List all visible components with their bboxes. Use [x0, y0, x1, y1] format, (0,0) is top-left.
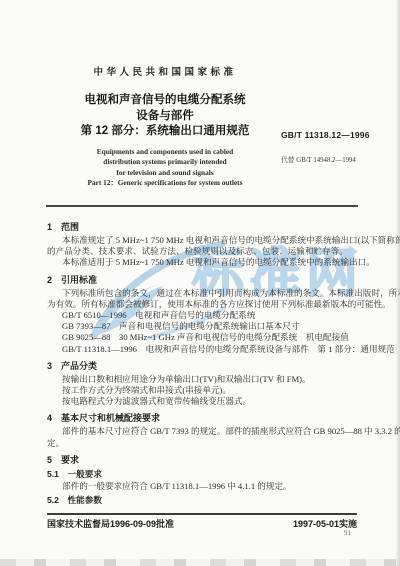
page-number: 91 — [344, 529, 351, 537]
document-page: 标准网 中华人民共和国国家标准 电视和声音信号的电缆分配系统 设备与部件 第 1… — [0, 0, 400, 566]
referenced-standard: GB 9025—88 30 MHz~1 GHz 声音和电视信号的电缆分配系统 机… — [47, 332, 359, 343]
section-5-1-text: 部件的一般要求应符合 GB/T 11318.1—1996 中 4.1.1 的规定… — [47, 481, 359, 492]
scan-bottom-edge — [0, 559, 400, 566]
section-3-item: 按输出口数和相应用途分为单输出口(TV)和双输出口(TV 和 FM)。 — [47, 374, 359, 385]
english-title-line-3: for television and sound signals — [0, 168, 330, 178]
section-3-item: 按电路程式分为滤波器式和宽带传输线变压器式。 — [47, 396, 359, 407]
section-2-heading: 2 引用标准 — [47, 274, 359, 286]
section-1-text: 的产品分类、技术要求、试验方法、检验规则以及标志、包装、运输和贮存等。 — [47, 246, 359, 257]
header-divider — [46, 205, 358, 207]
title-line-1: 电视和声音信号的电缆分配系统 — [0, 93, 330, 109]
document-body: 1 范围 本标准规定了 5 MHz~1 750 MHz 电视和声音信号的电缆分配… — [47, 221, 359, 507]
standard-number: GB/T 11318.12—1996 — [281, 130, 370, 140]
section-5-heading: 5 要求 — [47, 454, 359, 466]
approval-note: 国家技术监督局1996-09-09批准 — [47, 517, 174, 530]
section-5-2-heading: 5.2 性能参数 — [47, 494, 359, 506]
section-3-heading: 3 产品分类 — [47, 360, 359, 372]
section-2-text: 为有效。所有标准都会被修订，使用本标准的各方应探讨使用下列标准最新版本的可能性。 — [47, 299, 359, 310]
section-3-item: 按工作方式分为终端式和串接式(串接单元)。 — [47, 385, 359, 396]
title-line-2: 设备与部件 — [0, 109, 330, 125]
section-4-text: 部件的基本尺寸应符合 GB/T 7393 的规定。部件的插座形式应符合 GB 9… — [47, 426, 359, 437]
document-content: 中华人民共和国国家标准 电视和声音信号的电缆分配系统 设备与部件 第 12 部分… — [0, 0, 400, 566]
section-4-text: 定。 — [47, 438, 359, 449]
standard-number-block: GB/T 11318.12—1996 代替 GB/T 14948.2—1994 — [281, 130, 370, 164]
referenced-standard: GB/T 6510—1996 电视和声音信号的电缆分配系统 — [47, 310, 359, 321]
section-1-text: 本标准适用于 5 MHz~1 750 MHz 电视和声音信号的电缆分配系统中的系… — [47, 257, 359, 268]
section-1-text: 本标准规定了 5 MHz~1 750 MHz 电视和声音信号的电缆分配系统中系统… — [47, 235, 359, 246]
section-2-text: 下列标准所包含的条文，通过在本标准中引用而构成为本标准的条文。本标准出版时，所示… — [47, 288, 359, 299]
referenced-standard: GB 7393—87 声音和电视信号的电缆分配系统输出口基本尺寸 — [47, 321, 359, 332]
section-1-heading: 1 范围 — [47, 221, 359, 233]
replaces-note: 代替 GB/T 14948.2—1994 — [281, 154, 370, 164]
english-title-line-4: Part 12：Generic specifications for syste… — [0, 178, 330, 188]
scan-right-edge — [395, 0, 400, 566]
footer-divider — [47, 513, 357, 515]
section-5-1-heading: 5.1 一般要求 — [47, 468, 359, 480]
national-standard-label: 中华人民共和国国家标准 — [0, 64, 330, 78]
section-4-heading: 4 基本尺寸和机械配接要求 — [47, 412, 359, 424]
footer: 国家技术监督局1996-09-09批准 1997-05-01实施 — [47, 517, 357, 530]
referenced-standard: GB/T 11318.1—1996 电视和声音信号的电缆分配系统设备与部件 第 … — [47, 344, 359, 355]
